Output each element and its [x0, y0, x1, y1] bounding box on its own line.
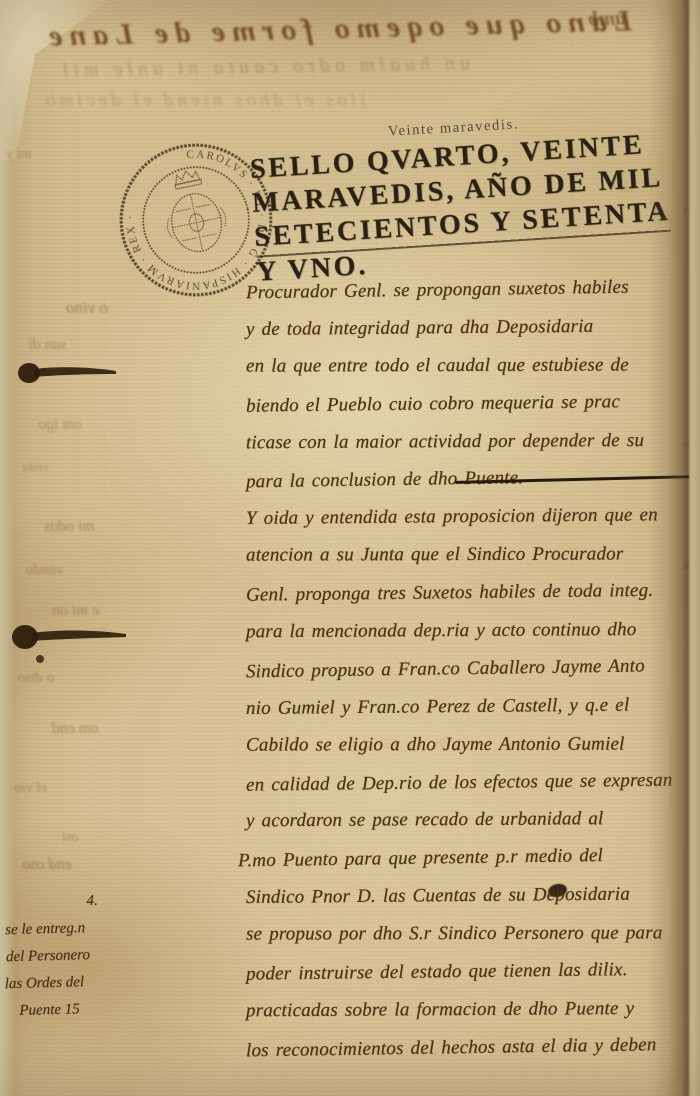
bleedthrough-fragment: mi y: [6, 146, 31, 163]
manuscript-line: se propuso por dho S.r Sindico Personero…: [246, 914, 700, 953]
manuscript-line: en calidad de Dep.rio de los efectos que…: [246, 761, 700, 804]
bleedthrough-fragment: vando: [26, 562, 63, 579]
bleedthrough-fragment: end oso: [22, 856, 71, 874]
bleedthrough-fragment: san di: [28, 336, 67, 354]
manuscript-line: Procurador Genl. se propongan suxetos ha…: [246, 268, 700, 313]
manuscript-line: para la mencionada dep.ria y acto contin…: [246, 611, 700, 652]
bleedthrough-fragment: amb: [588, 5, 626, 31]
manuscript-line: ticase con la maior actividad por depend…: [246, 421, 700, 462]
manuscript-page: Lano que oqemo forme de Laneun hualm odr…: [0, 0, 700, 1096]
manuscript-line: poder instruirse del estado que tienen l…: [246, 950, 700, 993]
manuscript-line: Sindico Pnor D. las Cuentas de su Deposi…: [246, 875, 700, 917]
manuscript-line: practicadas sobre la formacion de dho Pu…: [246, 990, 700, 1031]
manuscript-line: y acordaron se pase recado de urbanidad …: [246, 800, 700, 841]
manuscript-line: Cabildo se eligio a dho Jayme Antonio Gu…: [246, 725, 700, 764]
bleedthrough-fragment: om end: [52, 720, 99, 738]
bleedthrough-fragment: o vino: [66, 298, 108, 318]
manuscript-line: biendo el Pueblo cuio cobro mequeria se …: [246, 382, 700, 425]
margin-notes: 4.se le entreg.ndel Personerolas Ordes d…: [4, 888, 101, 1025]
bleedthrough-fragment: om igo: [38, 416, 82, 434]
margin-note-line: se le entreg.n: [5, 915, 99, 944]
coat-of-arms-icon: [157, 165, 232, 257]
margin-note-line: del Personero: [6, 942, 100, 971]
bleedthrough-fragment: mi odos: [44, 518, 94, 536]
ink-blot-dash: [16, 358, 118, 388]
ink-blot-dash: [8, 618, 130, 666]
manuscript-line: y de toda integridad para dha Deposidari…: [246, 307, 700, 349]
bleedthrough-fragment: veda: [22, 460, 48, 476]
binding-gutter: [648, 0, 700, 1096]
bleedthrough-fragment: ilos el dhos niend el decimo: [42, 90, 366, 112]
margin-note-line: 4.: [86, 888, 98, 915]
manuscript-line: los reconocimientos del hechos asta el d…: [246, 1025, 700, 1070]
bleedthrough-fragment: a diso: [18, 670, 54, 687]
bleedthrough-fragment: el vio: [14, 780, 47, 797]
manuscript-line: P.mo Puento para que presente p.r medio …: [238, 836, 700, 881]
bleedthrough-fragment: Lano que oqemo forme de Lane: [52, 4, 633, 53]
manuscript-line: nio Gumiel y Fran.co Perez de Castell, y…: [246, 686, 700, 728]
manuscript-line: atencion a su Junta que el Sindico Procu…: [246, 536, 700, 575]
manuscript-line: en la que entre todo el caudal que estub…: [246, 346, 700, 385]
manuscript-text: Procurador Genl. se propongan suxetos ha…: [246, 271, 700, 1067]
manuscript-line: Sindico propuso a Fran.co Caballero Jaym…: [246, 647, 700, 692]
manuscript-line: Genl. proponga tres Suxetos habiles de t…: [246, 571, 700, 614]
margin-note-line: las Ordes del: [4, 969, 100, 998]
tax-stamp-text: SELLO QVARTO, VEINTEMARAVEDIS, AÑO DE MI…: [249, 124, 700, 290]
manuscript-line: Y oida y entendida esta proposicion dije…: [246, 496, 700, 538]
bleedthrough-fragment: asi: [62, 830, 78, 846]
margin-note-line: Puente 15: [19, 996, 101, 1025]
bleedthrough-fragment: un hualm odro cauta ni unle mil: [58, 52, 470, 82]
